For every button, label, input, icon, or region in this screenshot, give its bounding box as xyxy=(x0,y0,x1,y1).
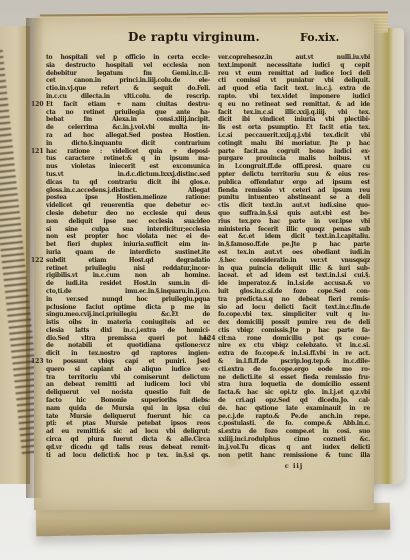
line-text: ppter delictu territoriu suu & eius res- xyxy=(218,171,370,179)
text-line: postea ipse Hostien.melioze ratione: xyxy=(46,194,210,202)
line-text: parte facit.na cogruit bono iudici ex- xyxy=(218,148,370,156)
text-line: 122 subdit etiam Host.qd degradatio xyxy=(46,257,210,265)
line-text: cti.extra de fo.cope.ergo eode mo ro- xyxy=(218,366,370,374)
line-text: i.c.si peccauerit.xxij.q.j.vbi tex.dicit… xyxy=(218,132,370,140)
text-line: fo.cope.vbi tex. simpliciter vult q iu- xyxy=(218,311,370,319)
line-text: in ver.sed nunqd hoc priuilegiu.pqua xyxy=(46,296,210,304)
text-line: publica offendatur ergo ad ipsum est xyxy=(218,179,370,187)
line-text: ver.coprehesoz.in aut.vt nulli.iu.vbi xyxy=(218,54,370,62)
line-text: tus caractere retinet:& q in ipsum ma- xyxy=(46,155,210,163)
line-text: si sine culpa sua interdicitur;ecclesia xyxy=(46,226,210,234)
line-text: quero si capiant ab aliquo iudice ex- xyxy=(46,366,210,374)
line-text: .§.hec consideratio.in ver.vt vnusqsqz xyxy=(218,257,370,265)
text-line: ministeria fecerit illic quoqz penas sub xyxy=(218,226,370,234)
line-text: iaceat. et ad idem est text.in.l.si cui.… xyxy=(218,272,370,280)
line-text: circa qd plura fuerut dicta & alle.Circa xyxy=(46,436,210,444)
line-text: tate Mursie deliquerut fuerunt hic ca xyxy=(46,413,210,421)
text-line: ctis vbiqz comissis.Jte p hac parte fa- xyxy=(218,327,370,335)
line-text: tus.vt in.d.c.dictum.lxxxj.distinc.sed xyxy=(46,171,210,179)
text-line: de celerrima &c.in.j.vol.vbi multa in- xyxy=(46,124,210,132)
line-text: de. hac qstione late examinauit in re xyxy=(218,405,370,413)
text-line: eat &c.et idem dicit text.in.l.capitaliu… xyxy=(218,233,370,241)
text-line: reu vt eum remittat ad iudice loci deli xyxy=(218,70,370,78)
line-text: to possunt vbiqs capi et puniri. Jsed xyxy=(46,358,210,366)
line-text: de celerrima &c.in.j.vol.vbi multa in- xyxy=(46,124,210,132)
line-text: tra predicta.s.q no debeat fieri remis- xyxy=(218,296,370,304)
text-line: 121 hac ratione : videlicet quia + depos… xyxy=(46,148,210,156)
text-line: punitu intuenteo abstineant se a deli xyxy=(218,194,370,202)
text-line: ctio.in.vj.que refert & sequit do.Feli. xyxy=(46,85,210,93)
text-line: parte facit.na cogruit bono iudici ex- xyxy=(218,148,370,156)
line-text: extra de fo.cope.& in.l.si.ff.vbi in re … xyxy=(218,350,370,358)
text-line: de notabili et quotidiana qstione:vcz xyxy=(46,342,210,350)
line-text: punitu intuenteo abstineant se a deli xyxy=(218,194,370,202)
line-text: nus violetas iniecerit est excomunica xyxy=(46,163,210,171)
text-line: rapto. vbi tex.videt imponere iudici xyxy=(218,93,370,101)
text-line: ra ad hoc allegat.Sed postea Hostien. xyxy=(46,132,210,140)
line-text: de iudi.ita residet Host.in sum.in di- xyxy=(46,280,210,288)
text-line: facta.& hac sic opi.tz glo. in.l.j.et q.… xyxy=(218,389,370,397)
line-text: rius tex.pro hac parte in ver.ipse vbi xyxy=(218,218,370,226)
line-text: dicit in tex.nostro qd raptores ingien- xyxy=(46,350,210,358)
text-line: extra de fo.cope.& in.l.si.ff.vbi in re … xyxy=(218,350,370,358)
text-line: quo suffra.in.§.si quis aut.vbi est bo- xyxy=(218,210,370,218)
line-text: singu.meo.cvij.inci.priuilegiu &c.Et de xyxy=(46,311,210,319)
text-line: pti: et ptas Mursie petebat ipsos reos xyxy=(46,420,210,428)
line-text: ti ad locu delicti:& hoc p tex. in.§.si … xyxy=(46,452,210,460)
line-text: dicas tu qd contrariu dicit ibi glos.e. xyxy=(46,179,210,187)
line-text: dio.Sed vltra premissa queri pot hec xyxy=(46,335,210,343)
line-text: facto hic Bononie superioribs diebs: xyxy=(46,397,210,405)
line-text: in.c.cu dilecta.in vlti.colu. de rescrip… xyxy=(46,93,210,101)
text-line: rigibilis.vt in.c.cum non ab homine. xyxy=(46,272,210,280)
line-text: de cri.agi opz.Sed qd dicedu.Jo. cal- xyxy=(218,397,370,405)
paragraph-number: 120 xyxy=(31,101,44,109)
line-text: non est propter hoc violata nec ei de- xyxy=(46,233,210,241)
text-line: ad quod etia facit text. in.c.j. extra d… xyxy=(218,85,370,93)
text-line: in dicto.§.inquantu dicit contrarium xyxy=(46,140,210,148)
text-line: si.extra de fozo compe.et in cosi. suo xyxy=(218,428,370,436)
paragraph-number: 121 xyxy=(31,148,44,156)
text-line: iaceat. et ad idem est text.in.l.si cui.… xyxy=(218,272,370,280)
text-line: in.j.vol.Tu dicas q ant iudex delicti xyxy=(218,444,370,452)
line-text: subdit etiam Host.qd degradatio xyxy=(46,257,210,265)
line-text: pclusione faciut optime dicta p me in xyxy=(46,304,210,312)
text-line: clesia latts dixi in.c.j.extra de homici… xyxy=(46,327,210,335)
text-line: de. hac qstione late examinauit in re xyxy=(218,405,370,413)
facing-page-edge xyxy=(0,26,30,484)
text-line: lis est orta psumptio. Et facit etia tex… xyxy=(218,124,370,132)
line-text: in.§.famoso.ff.de pe.Jte p hac parte xyxy=(218,241,370,249)
line-text: nam quida de Mursia qui in ipsa ciui xyxy=(46,405,210,413)
text-line: singu.meo.cvij.inci.priuilegiu &c.Et de xyxy=(46,311,210,319)
text-line: tate Mursie deliquerut fuerunt hic ca xyxy=(46,413,210,421)
line-text: xxiiij.inci.rodulphus cimo cozneti &c. xyxy=(218,436,370,444)
line-text: fienda remissio vt ceteri ad ipsum reu xyxy=(218,187,370,195)
line-text: ad eu remitti:& sic ad locu vbi deliqrut… xyxy=(46,428,210,436)
line-text: sia destructo hospitali vel ecclesia non xyxy=(46,62,210,70)
line-text: qd.vr dicedu qd talis reus debeat remit- xyxy=(46,444,210,452)
line-text: reu vt eum remittat ad iudice loci deli xyxy=(218,70,370,78)
line-text: rapto. vbi tex.videt imponere iudici xyxy=(218,93,370,101)
text-line: in.§.famoso.ff.de pe.Jte p hac parte xyxy=(218,241,370,249)
text-line: cotingit malu ibi moriatur. Jte p hac xyxy=(218,140,370,148)
text-line: dicas tu qd contrariu dicit ibi glos.e. xyxy=(46,179,210,187)
text-line: stra iura loquetia de domicilio essent xyxy=(218,381,370,389)
text-column-right: ver.coprehesoz.in aut.vt nulli.iu.vbi te… xyxy=(218,54,370,459)
line-text: lis est orta psumptio. Et facit etia tex… xyxy=(218,124,370,132)
line-text: ctio.in.vj.que refert & sequit do.Feli. xyxy=(46,85,210,93)
line-text: publica offendatur ergo ad ipsum est xyxy=(218,179,370,187)
line-text: retinet priuilegiu nisi reddatur,incor- xyxy=(46,265,210,273)
line-text: nire ex ctu vbiqz celebzato. vt in.c.si. xyxy=(218,342,370,350)
line-text: cto,ti.de imu.ec.in.§.inquaru.in.ij.co. xyxy=(46,288,210,296)
text-line: to hospitali vel p officio in certa eccl… xyxy=(46,54,210,62)
line-text: fo.cope.vbi tex. simpliciter vult q iu- xyxy=(218,311,370,319)
line-text: in.j.vol.Tu dicas q ant iudex delicti xyxy=(218,444,370,452)
book-page: De raptu virginum. Fo.xix. to hospitali … xyxy=(34,18,374,510)
line-text: dex domicilij possit punire reu de deli xyxy=(218,319,370,327)
paragraph-number: 122 xyxy=(31,257,44,265)
line-text: cotingit malu ibi moriatur. Jte p hac xyxy=(218,140,370,148)
text-line: dicit in tex.nostro qd raptores ingien- xyxy=(46,350,210,358)
line-text: de notabili et quotidiana qstione:vcz xyxy=(46,342,210,350)
line-text: text.imponit necessitate iudici q cepit xyxy=(218,62,370,70)
text-column-left: to hospitali vel p officio in certa eccl… xyxy=(46,54,210,459)
line-text: eat &c.et idem dicit text.in.l.capitaliu… xyxy=(218,233,370,241)
text-line: 120 Et facit etiam + nam ciuitas destru- xyxy=(46,101,210,109)
line-text: hac ratione : videlicet quia + deposi- xyxy=(46,148,210,156)
text-line: cti comissi vt puniatur vbi deliquit. xyxy=(218,77,370,85)
line-text: si.extra de fozo compe.et in cosi. suo xyxy=(218,428,370,436)
text-line: nam quida de Mursia qui in ipsa ciui xyxy=(46,405,210,413)
line-text: cta no retinet priuilegia que ante ha- xyxy=(46,109,210,117)
line-text: cit:na rone domiciliu pot qs coue- xyxy=(218,335,370,343)
line-text: luit glos.in.c.si.de fozo cope.Sed con- xyxy=(218,288,370,296)
text-line: ver.coprehesoz.in aut.vt nulli.iu.vbi xyxy=(218,54,370,62)
line-text: ministeria fecerit illic quoqz penas sub xyxy=(218,226,370,234)
line-text: non deliquit ipse nec ecclesia sua:ideo xyxy=(46,218,210,226)
text-line: non petit hanc remissione & tunc illa xyxy=(218,452,370,460)
line-text: in l.congruit.ff.de offi.presi. quare cu xyxy=(218,163,370,171)
text-line: istis oibs in materia coniugiteis ad ec xyxy=(46,319,210,327)
text-line: tus.vt in.d.c.dictum.lxxxj.distinc.sed xyxy=(46,171,210,179)
text-line: tra territoriu vbi comiserunt delictum xyxy=(46,374,210,382)
line-text: ide imperatoz.& in.l.si.de accusa.& vo xyxy=(218,280,370,288)
text-line: xxiiij.inci.rodulphus cimo cozneti &c. xyxy=(218,436,370,444)
text-line: q eu no retineat sed remittat. & ad ide xyxy=(218,101,370,109)
text-line: c.postulasti. de fo. compe.& Abb.in.c. xyxy=(218,420,370,428)
text-line: purgare prouincia malis hoibus. vt xyxy=(218,155,370,163)
running-title: De raptu virginum. xyxy=(128,30,260,44)
text-line: est tex.in aut.vt oes obediant iudi.in xyxy=(218,249,370,257)
text-line: clesie debetur deo no ecclesie qui deus xyxy=(46,210,210,218)
line-text: stra iura loquetia de domicilio essent xyxy=(218,381,370,389)
text-line: facit tex.in.c.si illic.xxij.q.iiij. vbi… xyxy=(218,109,370,117)
line-text: in qua puincia deliquit illic & iuri sub… xyxy=(218,265,370,273)
text-line: in qua puincia deliquit illic & iuri sub… xyxy=(218,265,370,273)
text-line: bet fieri duplex iniuria.sufficit eim in… xyxy=(46,241,210,249)
book-photo: De raptu virginum. Fo.xix. to hospitali … xyxy=(0,0,410,560)
text-line: an debeat remitti ad iudicem loci vbi xyxy=(46,381,210,389)
line-text: ra ad hoc allegat.Sed postea Hostien. xyxy=(46,132,210,140)
line-text: in dicto.§.inquantu dicit contrarium xyxy=(46,140,210,148)
text-line: bebat fm Alexa.in consi.xliij.incipit. xyxy=(46,116,210,124)
line-text: gloss.in.c.accedens.j.distinct. Allegat xyxy=(46,187,210,195)
text-line: ne delicti.ite si esset fieda remissio f… xyxy=(218,374,370,382)
text-line: 123 to possunt vbiqs capi et puniri. Jse… xyxy=(46,358,210,366)
folio-number: Fo.xix. xyxy=(300,31,339,44)
line-text: postea ipse Hostien.melioze ratione: xyxy=(46,194,210,202)
line-text: ctis vbiqz comissis.Jte p hac parte fa- xyxy=(218,327,370,335)
line-text: to hospitali vel p officio in certa eccl… xyxy=(46,54,210,62)
text-line: luit glos.in.c.si.de fozo cope.Sed con- xyxy=(218,288,370,296)
text-line: sio ad locu delicti facit text.in.c.fin.… xyxy=(218,304,370,312)
line-text: dicit ibi vindicet iniuria vbi plectibi- xyxy=(218,116,370,124)
line-text: tra territoriu vbi comiserunt delictum xyxy=(46,374,210,382)
line-text: clesie debetur deo no ecclesie qui deus xyxy=(46,210,210,218)
line-text: an debeat remitti ad iudicem loci vbi xyxy=(46,381,210,389)
text-line: i.c.si peccauerit.xxij.q.j.vbi tex.dicit… xyxy=(218,132,370,140)
text-line: in.c.cu dilecta.in vlti.colu. de rescrip… xyxy=(46,93,210,101)
text-line: videlicet qd reuerentia que debetur ec- xyxy=(46,202,210,210)
text-line: ppter delictu territoriu suu & eius res- xyxy=(218,171,370,179)
line-text: iuria quam de interdicto sustinet.ite xyxy=(46,249,210,257)
line-text: Et facit etiam + nam ciuitas destru- xyxy=(46,101,210,109)
line-text: pti: et ptas Mursie petebat ipsos reos xyxy=(46,420,210,428)
text-line: in l.congruit.ff.de offi.presi. quare cu xyxy=(218,163,370,171)
text-line: deliquerut vel no:ista questio fuit de xyxy=(46,389,210,397)
line-text: facta.& hac sic opi.tz glo. in.l.j.et q.… xyxy=(218,389,370,397)
line-text: sio ad locu delicti facit text.in.c.fin.… xyxy=(218,304,370,312)
text-line: circa qd plura fuerut dicta & alle.Circa xyxy=(46,436,210,444)
line-text: clesia latts dixi in.c.j.extra de homici… xyxy=(46,327,210,335)
text-line: si sine culpa sua interdicitur;ecclesia xyxy=(46,226,210,234)
text-line: nus violetas iniecerit est excomunica xyxy=(46,163,210,171)
text-line: nire ex ctu vbiqz celebzato. vt in.c.si. xyxy=(218,342,370,350)
text-line: iuria quam de interdicto sustinet.ite xyxy=(46,249,210,257)
text-line: cta no retinet priuilegia que ante ha- xyxy=(46,109,210,117)
line-text: quo suffra.in.§.si quis aut.vbi est bo- xyxy=(218,210,370,218)
text-line: cti.extra de fo.cope.ergo eode mo ro- xyxy=(218,366,370,374)
text-line: ctis dicit text.in aut.vt iudi.sine quo- xyxy=(218,202,370,210)
line-text: videlicet qd reuerentia que debetur ec- xyxy=(46,202,210,210)
text-line: & in.l.fi.ff.de pscrip.log.tep.& in.c.di… xyxy=(218,358,370,366)
line-text: ctis dicit text.in aut.vt iudi.sine quo- xyxy=(218,202,370,210)
text-line: ti ad locu delicti:& hoc p tex. in.§.si … xyxy=(46,452,210,460)
text-line: dex domicilij possit punire reu de deli xyxy=(218,319,370,327)
text-line: ide imperatoz.& in.l.si.de accusa.& vo xyxy=(218,280,370,288)
quire-signature: c iij xyxy=(218,462,370,470)
text-line: quero si capiant ab aliquo iudice ex- xyxy=(46,366,210,374)
line-text: non petit hanc remissione & tunc illa xyxy=(218,452,370,460)
line-text: deliquerut vel no:ista questio fuit de xyxy=(46,389,210,397)
text-line: text.imponit necessitate iudici q cepit xyxy=(218,62,370,70)
line-text: est tex.in aut.vt oes obediant iudi.in xyxy=(218,249,370,257)
text-line: ad eu remitti:& sic ad locu vbi deliqrut… xyxy=(46,428,210,436)
text-line: 124 cit:na rone domiciliu pot qs coue- xyxy=(218,335,370,343)
line-text: bet fieri duplex iniuria.sufficit eim in… xyxy=(46,241,210,249)
text-line: de cri.agi opz.Sed qd dicedu.Jo. cal- xyxy=(218,397,370,405)
text-line: pclusione faciut optime dicta p me in xyxy=(46,304,210,312)
text-line: pe.c.j.de rapto.& Pe.de anch.in repe. xyxy=(218,413,370,421)
text-line: in ver.sed nunqd hoc priuilegiu.pqua xyxy=(46,296,210,304)
paragraph-number: 124 xyxy=(203,335,216,343)
line-text: cti comissi vt puniatur vbi deliquit. xyxy=(218,77,370,85)
line-text: pe.c.j.de rapto.& Pe.de anch.in repe. xyxy=(218,413,370,421)
line-text: istis oibs in materia coniugiteis ad ec xyxy=(46,319,210,327)
text-line: gloss.in.c.accedens.j.distinct. Allegat xyxy=(46,187,210,195)
text-line: retinet priuilegiu nisi reddatur,incor- xyxy=(46,265,210,273)
text-line: cto,ti.de imu.ec.in.§.inquaru.in.ij.co. xyxy=(46,288,210,296)
line-text: cet canon.in princi.in.iiij.colu.de ele- xyxy=(46,77,210,85)
text-line: cet canon.in princi.in.iiij.colu.de ele- xyxy=(46,77,210,85)
text-line: rius tex.pro hac parte in ver.ipse vbi xyxy=(218,218,370,226)
text-line: sia destructo hospitali vel ecclesia non xyxy=(46,62,210,70)
text-line: tus caractere retinet:& q in ipsum ma- xyxy=(46,155,210,163)
text-line: debebitur legatum fm Gemi.in.c.li- xyxy=(46,70,210,78)
line-text: ad quod etia facit text. in.c.j. extra d… xyxy=(218,85,370,93)
text-line: non deliquit ipse nec ecclesia sua:ideo xyxy=(46,218,210,226)
text-line: dio.Sed vltra premissa queri pot hec xyxy=(46,335,210,343)
line-text: c.postulasti. de fo. compe.& Abb.in.c. xyxy=(218,420,370,428)
line-text: & in.l.fi.ff.de pscrip.log.tep.& in.c.di… xyxy=(218,358,370,366)
text-line: non est propter hoc violata nec ei de- xyxy=(46,233,210,241)
line-text: debebitur legatum fm Gemi.in.c.li- xyxy=(46,70,210,78)
text-line: de iudi.ita residet Host.in sum.in di- xyxy=(46,280,210,288)
text-line: facto hic Bononie superioribs diebs: xyxy=(46,397,210,405)
text-line: qd.vr dicedu qd talis reus debeat remit- xyxy=(46,444,210,452)
line-text: rigibilis.vt in.c.cum non ab homine. xyxy=(46,272,210,280)
text-line: dicit ibi vindicet iniuria vbi plectibi- xyxy=(218,116,370,124)
line-text: ne delicti.ite si esset fieda remissio f… xyxy=(218,374,370,382)
line-text: purgare prouincia malis hoibus. vt xyxy=(218,155,370,163)
line-text: bebat fm Alexa.in consi.xliij.incipit. xyxy=(46,116,210,124)
text-line: fienda remissio vt ceteri ad ipsum reu xyxy=(218,187,370,195)
text-line: .§.hec consideratio.in ver.vt vnusqsqz xyxy=(218,257,370,265)
line-text: facit tex.in.c.si illic.xxij.q.iiij. vbi… xyxy=(218,109,370,117)
text-line: tra predicta.s.q no debeat fieri remis- xyxy=(218,296,370,304)
paragraph-number: 123 xyxy=(31,358,44,366)
line-text: q eu no retineat sed remittat. & ad ide xyxy=(218,101,370,109)
